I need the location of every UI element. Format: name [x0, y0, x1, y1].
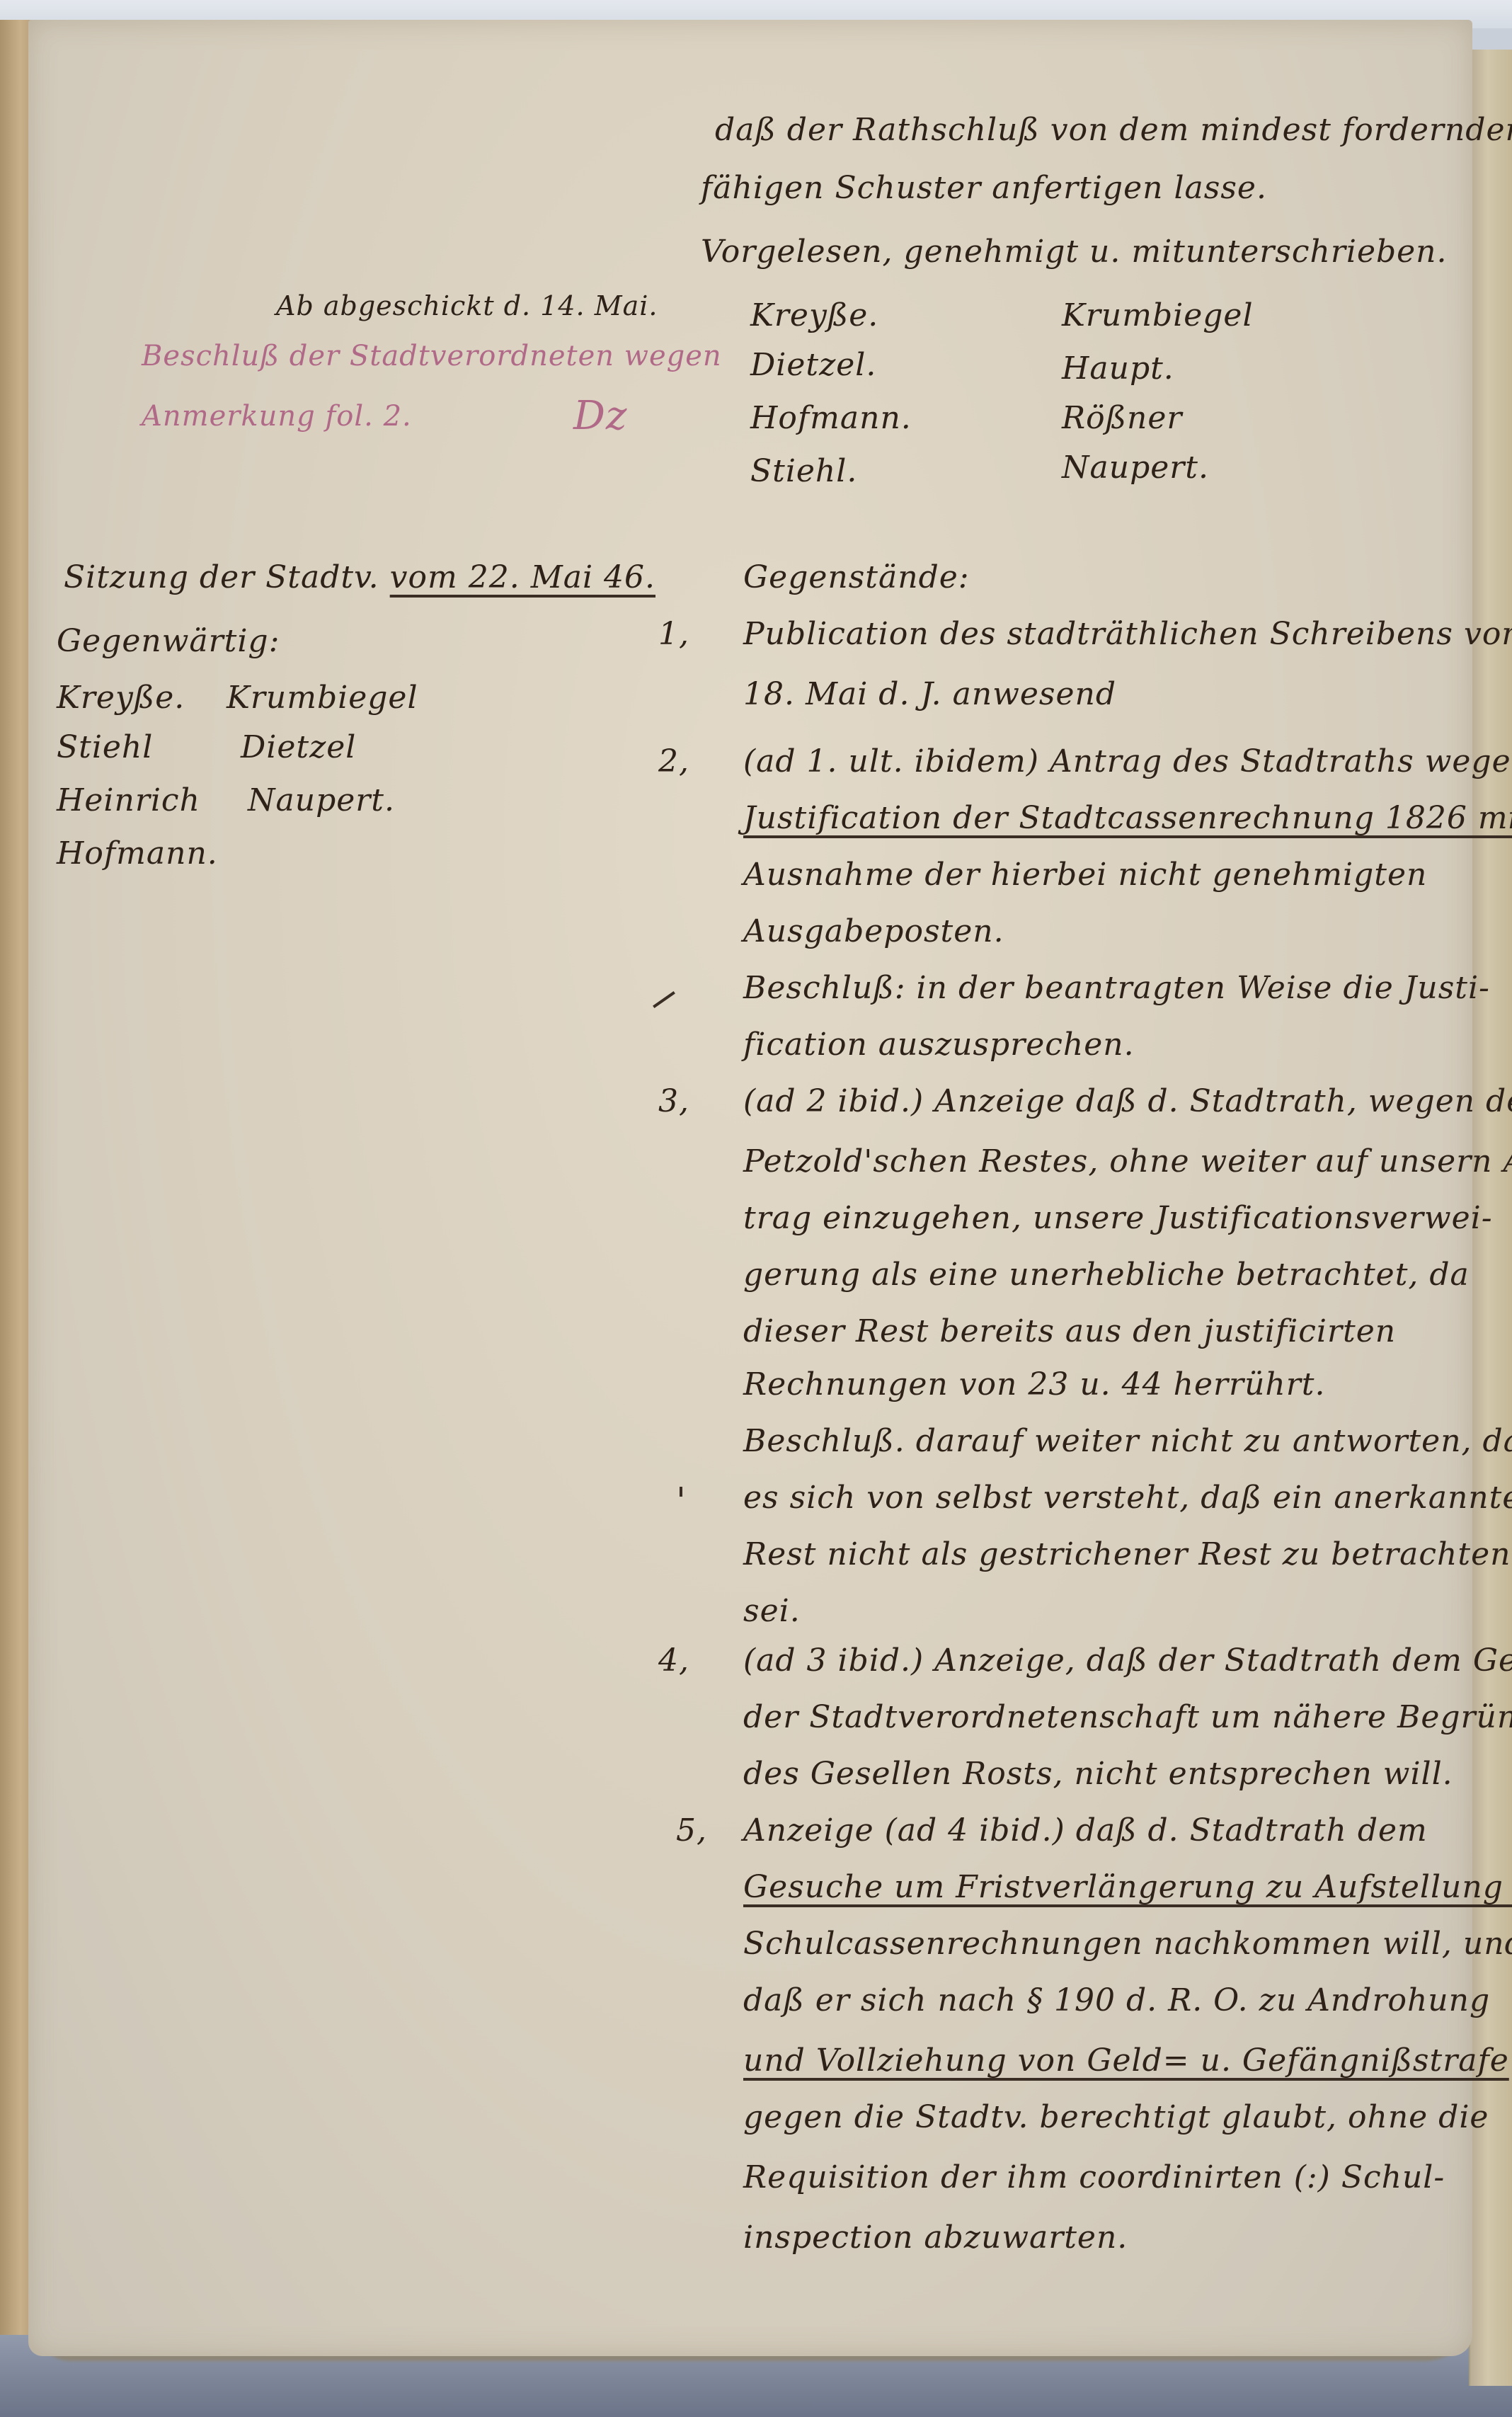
item-line: der Stadtverordnetenschaft um nähere Beg… — [743, 1699, 1512, 1735]
item-line: Requisition der ihm coordinirten (:) Sch… — [743, 2159, 1445, 2195]
resolution-line: sei. — [743, 1593, 801, 1629]
member-name: Krumbiegel — [227, 680, 418, 716]
item-number: 3, — [658, 1083, 689, 1119]
resolution-line: Beschluß: in der beantragten Weise die J… — [743, 970, 1490, 1006]
item-line: Publication des stadträthlichen Schreibe… — [743, 616, 1512, 652]
item-line: Ausnahme der hierbei nicht genehmigten — [743, 857, 1427, 893]
item-line: Anzeige (ad 4 ibid.) daß d. Stadtrath de… — [743, 1812, 1428, 1849]
item-line: Schulcassenrechnungen nachkommen will, u… — [743, 1926, 1512, 1962]
item-number: 2, — [658, 743, 689, 779]
member-name: Stiehl — [57, 729, 153, 765]
member-name: Hofmann. — [57, 835, 218, 872]
signature: Krumbiegel — [1062, 297, 1254, 333]
session-date: vom 22. Mai 46. — [390, 559, 655, 595]
item-number: 1, — [658, 616, 689, 652]
red-annotation-line-2: Anmerkung fol. 2. — [142, 400, 412, 433]
item-line: gerung als eine unerhebliche betrachtet,… — [743, 1257, 1470, 1293]
signature: Stiehl. — [750, 453, 857, 489]
member-name: Dietzel — [241, 729, 356, 765]
top-line-3: Vorgelesen, genehmigt u. mitunterschrieb… — [701, 234, 1448, 270]
agenda-label: Gegenstände: — [743, 559, 970, 595]
resolution-line: Rest nicht als gestrichener Rest zu betr… — [743, 1536, 1511, 1572]
margin-mark — [680, 1487, 689, 1497]
item-line-underlined: Gesuche um Fristverlängerung zu Aufstell… — [743, 1869, 1512, 1905]
top-line-1: daß der Rathschluß von dem mindest forde… — [715, 112, 1512, 148]
item-line: dieser Rest bereits aus den justificirte… — [743, 1313, 1396, 1349]
item-line: Rechnungen von 23 u. 44 herrührt. — [743, 1366, 1325, 1402]
resolution-line: Beschluß. darauf weiter nicht zu antwort… — [743, 1423, 1512, 1459]
signature: Hofmann. — [750, 400, 912, 436]
item-line-underlined: Justification der Stadtcassenrechnung 18… — [743, 800, 1512, 836]
item-number: 5, — [676, 1812, 707, 1849]
member-name: Heinrich — [57, 782, 200, 818]
item-number: 4, — [658, 1642, 689, 1679]
item-line: (ad 3 ibid.) Anzeige, daß der Stadtrath … — [743, 1642, 1512, 1679]
signature: Haupt. — [1062, 350, 1174, 387]
sent-margin-note: Ab abgeschickt d. 14. Mai. — [276, 290, 658, 321]
item-line: 18. Mai d. J. anwesend — [743, 676, 1116, 712]
red-annotation-initials: Dz — [573, 393, 627, 439]
resolution-line: es sich von selbst versteht, daß ein ane… — [743, 1480, 1512, 1516]
red-annotation-line-1: Beschluß der Stadtverordneten wegen — [142, 340, 722, 372]
member-name: Naupert. — [248, 782, 395, 818]
item-line: Ausgabeposten. — [743, 913, 1004, 949]
item-line: Petzold'schen Restes, ohne weiter auf un… — [743, 1143, 1512, 1179]
signature: Dietzel. — [750, 347, 876, 383]
item-line: (ad 2 ibid.) Anzeige daß d. Stadtrath, w… — [743, 1083, 1512, 1119]
top-line-2: fähigen Schuster anfertigen lasse. — [701, 170, 1267, 206]
item-line: (ad 1. ult. ibidem) Antrag des Stadtrath… — [743, 743, 1512, 779]
session-heading-text: Sitzung der Stadtv. — [64, 559, 379, 595]
session-heading: Sitzung der Stadtv. vom 22. Mai 46. — [64, 559, 655, 595]
signature: Rößner — [1062, 400, 1182, 436]
item-line: des Gesellen Rosts, nicht entsprechen wi… — [743, 1756, 1453, 1792]
present-label: Gegenwärtig: — [57, 623, 280, 659]
item-line: inspection abzuwarten. — [743, 2219, 1128, 2256]
signature: Kreyße. — [750, 297, 878, 333]
item-line: daß er sich nach § 190 d. R. O. zu Andro… — [743, 1982, 1490, 2018]
item-line: trag einzugehen, unsere Justificationsve… — [743, 1200, 1493, 1236]
resolution-line: fication auszusprechen. — [743, 1027, 1135, 1063]
item-line: gegen die Stadtv. berechtigt glaubt, ohn… — [743, 2099, 1489, 2135]
member-name: Kreyße. — [57, 680, 185, 716]
signature: Naupert. — [1062, 450, 1209, 486]
item-line-underlined: und Vollziehung von Geld= u. Gefängnißst… — [743, 2042, 1509, 2079]
